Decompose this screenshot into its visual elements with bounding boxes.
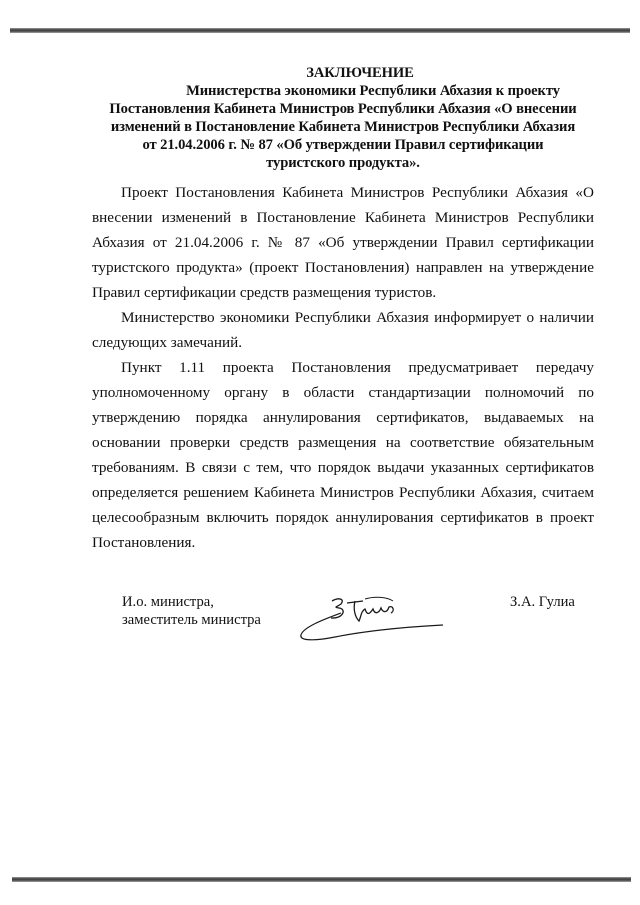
document-body: Проект Постановления Кабинета Министров … [92, 180, 594, 555]
paragraph: Пункт 1.11 проекта Постановления предусм… [92, 355, 594, 555]
signatory-role: И.о. министра, заместитель министра [122, 593, 261, 629]
document-title: ЗАКЛЮЧЕНИЕ [92, 64, 594, 82]
role-line: И.о. министра, [122, 593, 261, 611]
signatory-name: З.А. Гулиа [510, 593, 575, 611]
subtitle-line: изменений в Постановление Кабинета Минис… [92, 118, 594, 136]
role-line: заместитель министра [122, 611, 261, 629]
paragraph: Проект Постановления Кабинета Министров … [92, 180, 594, 305]
document-header: ЗАКЛЮЧЕНИЕ Министерства экономики Респуб… [92, 64, 594, 172]
subtitle-line: туристского продукта». [92, 154, 594, 172]
bottom-rule [12, 877, 631, 882]
subtitle-line: от 21.04.2006 г. № 87 «Об утверждении Пр… [92, 136, 594, 154]
handwritten-signature-icon [295, 591, 445, 643]
top-rule [10, 28, 630, 33]
signature-block: И.о. министра, заместитель министра З.А.… [0, 593, 640, 663]
subtitle-line: Постановления Кабинета Министров Республ… [92, 100, 594, 118]
subtitle-line: Министерства экономики Республики Абхази… [92, 82, 594, 100]
paragraph: Министерство экономики Республики Абхази… [92, 305, 594, 355]
